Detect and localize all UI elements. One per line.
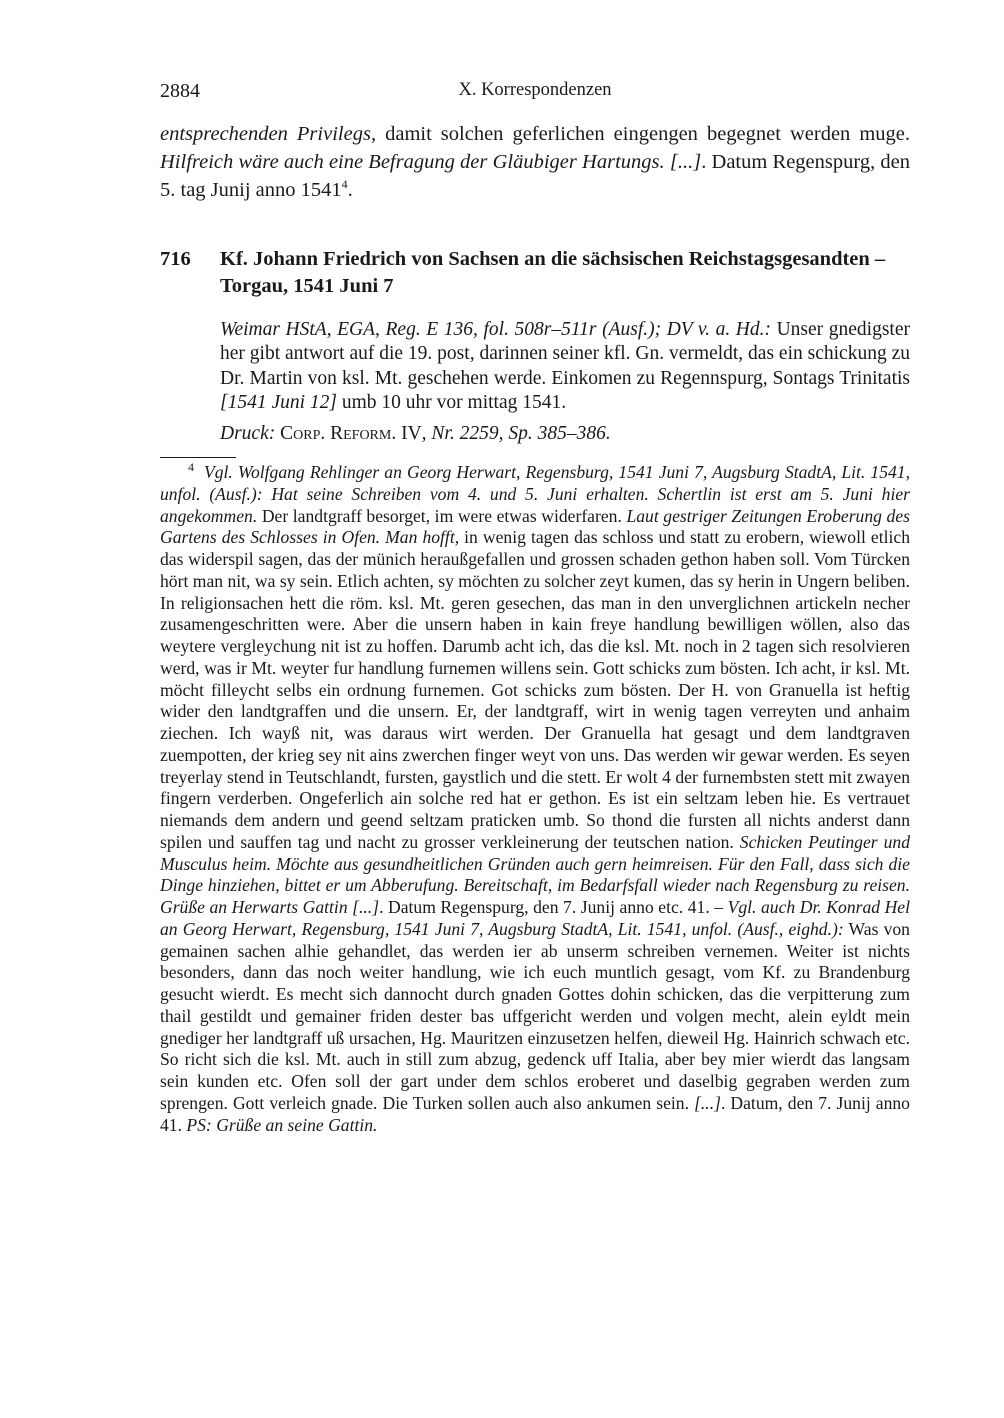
body-text: , damit solchen geferlichen eingengen be…	[371, 123, 910, 145]
section-title: X. Korrespondenzen	[160, 80, 910, 101]
editorial-summary: Hilfreich wäre auch eine Befragung der G…	[160, 151, 701, 173]
running-head: 2884 X. Korrespondenzen	[160, 80, 910, 106]
footnote-mark: 4	[188, 460, 194, 474]
body-text: .	[348, 179, 353, 201]
date-annotation: [1541 Juni 12]	[220, 392, 337, 413]
footnote-quote: . Datum Regenspurg, den 7. Junij anno et…	[379, 897, 728, 917]
entry-title: Kf. Johann Friedrich von Sachsen an die …	[220, 246, 910, 300]
regest-text-end: umb 10 uhr vor mittag 1541.	[337, 392, 566, 413]
druck-label: Druck:	[220, 423, 275, 444]
footnote-divider	[160, 457, 236, 458]
footnote-quote: Was von gemainen sachen alhie gehandlet,…	[160, 919, 910, 1113]
print-reference: Druck: Corp. Reform. IV, Nr. 2259, Sp. 3…	[220, 422, 910, 446]
footnote-quote: Der landtgraff besorget, im were etwas w…	[257, 506, 626, 526]
footnote-4: 4Vgl. Wolfgang Rehlinger an Georg Herwar…	[160, 462, 910, 1136]
footnote-italic: [...]	[694, 1093, 721, 1113]
footnote-italic: PS: Grüße an seine Gattin.	[186, 1115, 377, 1135]
entry-number: 716	[160, 246, 191, 273]
druck-work: Corp. Reform.	[280, 423, 396, 444]
archival-source: Weimar HStA, EGA, Reg. E 136, fol. 508r–…	[220, 319, 771, 340]
footnote-quote: in wenig tagen das schloss und statt zu …	[160, 527, 910, 852]
druck-volume: IV	[396, 423, 421, 444]
entry-regest: Weimar HStA, EGA, Reg. E 136, fol. 508r–…	[220, 318, 910, 415]
italic-text: entsprechenden Privilegs	[160, 123, 371, 145]
continued-paragraph: entsprechenden Privilegs, damit solchen …	[160, 120, 910, 204]
druck-location: , Nr. 2259, Sp. 385–386.	[422, 423, 611, 444]
